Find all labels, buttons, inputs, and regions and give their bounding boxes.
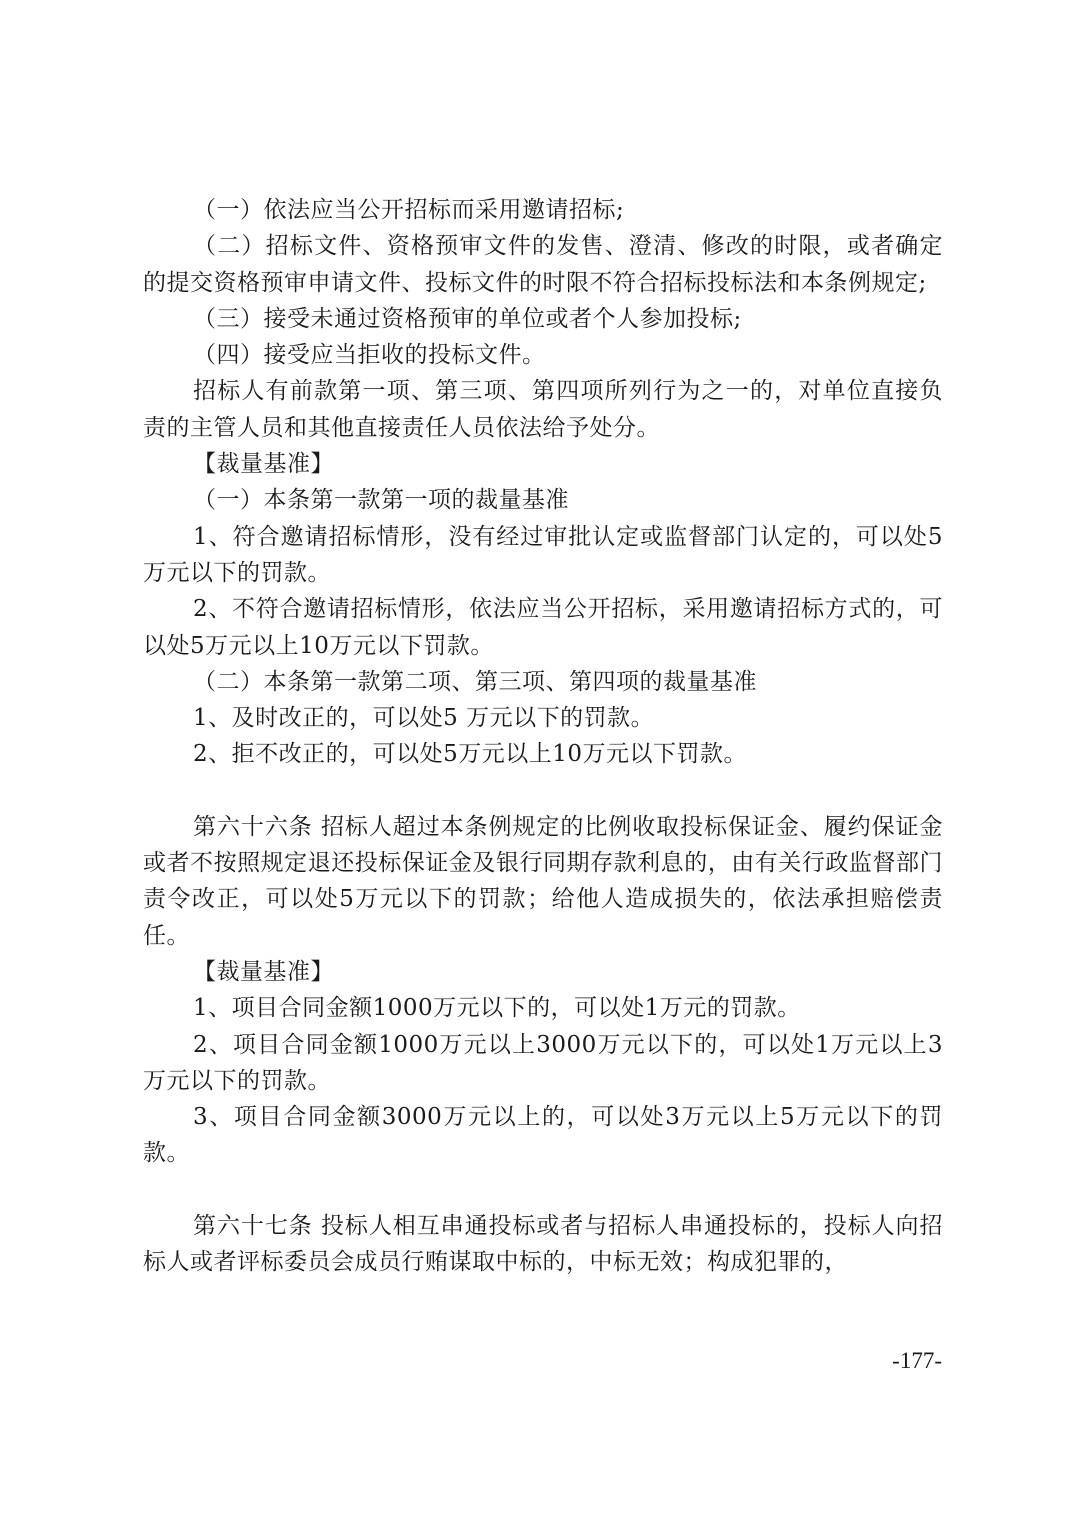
clause-paragraph: 招标人有前款第一项、第三项、第四项所列行为之一的，对单位直接负责的主管人员和其他…: [143, 373, 943, 446]
discretion-subheading-1: （一）本条第一款第一项的裁量基准: [143, 482, 943, 518]
section-gap: [143, 1172, 943, 1208]
clause-item-4: （四）接受应当拒收的投标文件。: [143, 337, 943, 373]
discretion-heading: 【裁量基准】: [143, 446, 943, 482]
article-66-text: 第六十六条 招标人超过本条例规定的比例收取投标保证金、履约保证金或者不按照规定退…: [143, 809, 943, 954]
clause-item-2: （二）招标文件、资格预审文件的发售、澄清、修改的时限，或者确定的提交资格预审申请…: [143, 228, 943, 301]
discretion-item: 2、拒不改正的，可以处5万元以上10万元以下罚款。: [143, 736, 943, 772]
article-66-item: 1、项目合同金额1000万元以下的，可以处1万元的罚款。: [143, 990, 943, 1026]
document-body: （一）依法应当公开招标而采用邀请招标; （二）招标文件、资格预审文件的发售、澄清…: [143, 192, 943, 1280]
article-67-text: 第六十七条 投标人相互串通投标或者与招标人串通投标的，投标人向招标人或者评标委员…: [143, 1208, 943, 1281]
document-page: （一）依法应当公开招标而采用邀请招标; （二）招标文件、资格预审文件的发售、澄清…: [0, 0, 1075, 1520]
article-66-discretion-heading: 【裁量基准】: [143, 954, 943, 990]
page-number: -177-: [892, 1348, 942, 1374]
clause-item-3: （三）接受未通过资格预审的单位或者个人参加投标;: [143, 301, 943, 337]
discretion-item: 1、符合邀请招标情形，没有经过审批认定或监督部门认定的，可以处5 万元以下的罚款…: [143, 519, 943, 592]
discretion-item: 2、不符合邀请招标情形，依法应当公开招标，采用邀请招标方式的，可以处5万元以上1…: [143, 591, 943, 664]
discretion-item: 1、及时改正的，可以处5 万元以下的罚款。: [143, 700, 943, 736]
article-66-item: 2、项目合同金额1000万元以上3000万元以下的，可以处1万元以上3万元以下的…: [143, 1027, 943, 1100]
section-gap: [143, 773, 943, 809]
article-66-item: 3、项目合同金额3000万元以上的，可以处3万元以上5万元以下的罚款。: [143, 1099, 943, 1172]
clause-item-1: （一）依法应当公开招标而采用邀请招标;: [143, 192, 943, 228]
discretion-subheading-2: （二）本条第一款第二项、第三项、第四项的裁量基准: [143, 664, 943, 700]
